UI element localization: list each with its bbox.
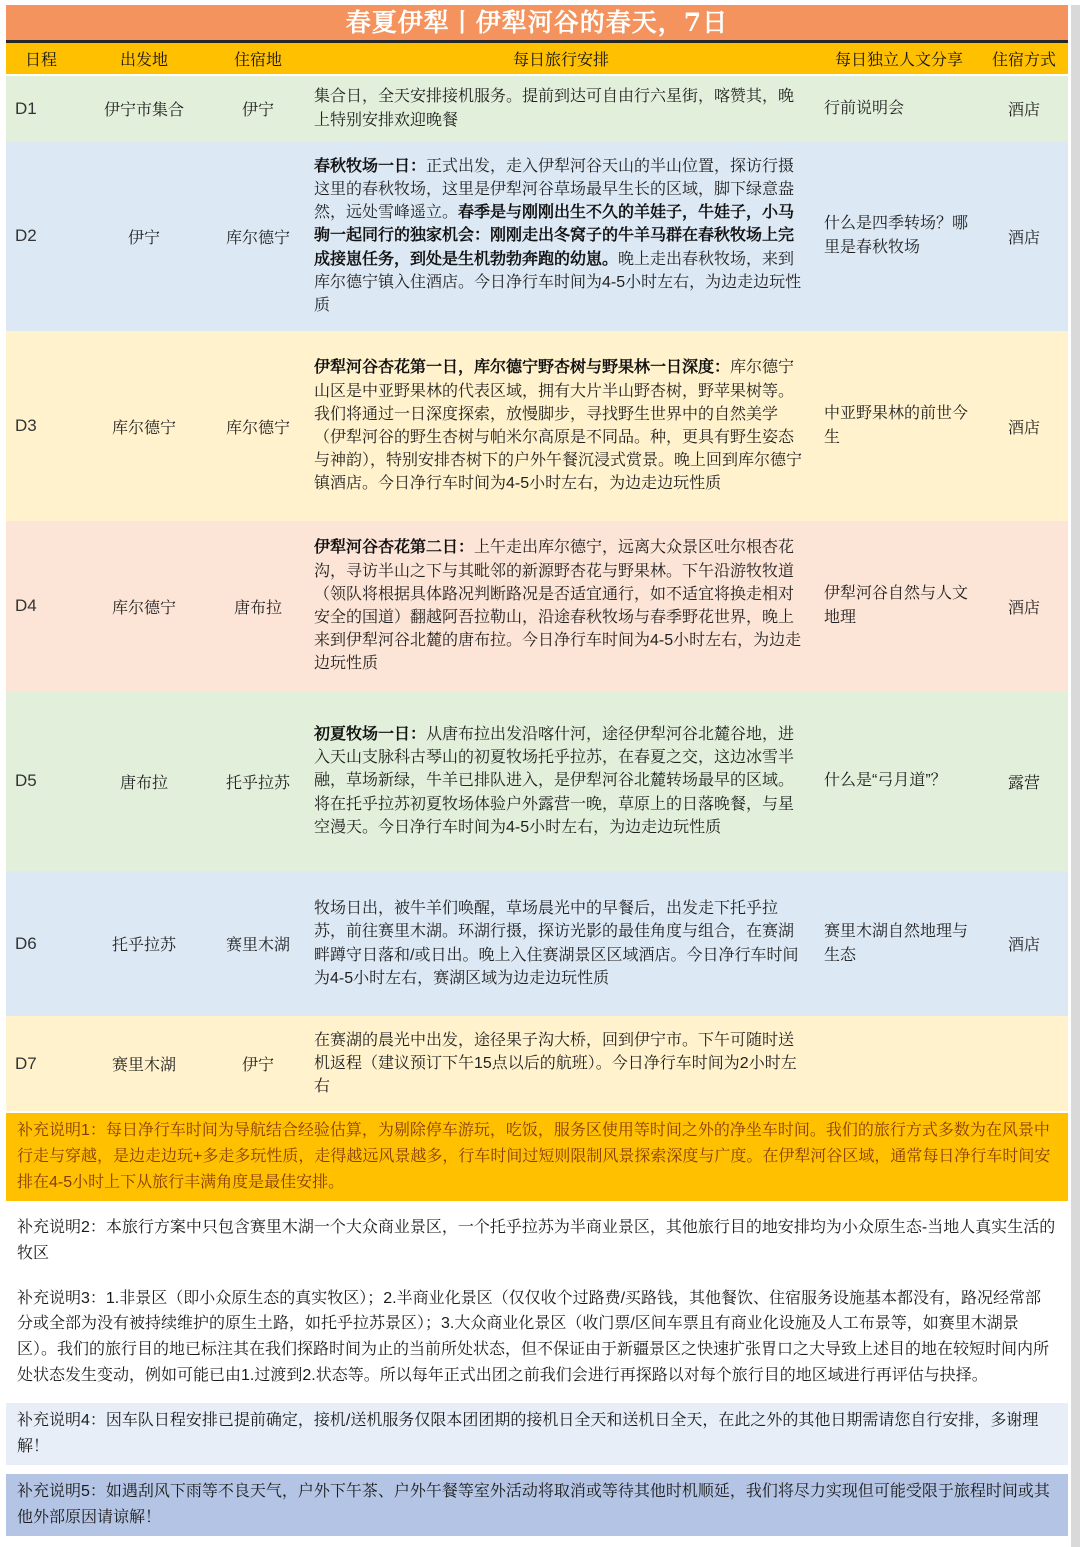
departure-cell: 唐布拉 [76,691,212,871]
col-header-day: 日程 [6,47,76,70]
lodging-cell: 酒店 [980,331,1068,521]
col-header-stay: 住宿地 [212,47,304,70]
departure-cell: 库尔德宁 [76,521,212,691]
plan-cell: 集合日，全天安排接机服务。提前到达可自由行六星街，喀赞其，晚上特别安排欢迎晚餐 [304,76,818,141]
itinerary-row-D6: D6托乎拉苏赛里木湖牧场日出，被牛羊们唤醒，草场晨光中的早餐后，出发走下托乎拉苏… [6,871,1068,1016]
plan-text: 牧场日出，被牛羊们唤醒，草场晨光中的早餐后，出发走下托乎拉苏，前往赛里木湖。环湖… [314,897,808,990]
plan-text: 集合日，全天安排接机服务。提前到达可自由行六星街，喀赞其，晚上特别安排欢迎晚餐 [314,85,808,131]
stay-cell: 伊宁 [212,76,304,141]
table-header-row: 日程 出发地 住宿地 每日旅行安排 每日独立人文分享 住宿方式 [6,43,1068,76]
departure-cell: 伊宁市集合 [76,76,212,141]
departure-cell: 库尔德宁 [76,331,212,521]
day-cell: D6 [6,871,76,1016]
day-cell: D7 [6,1016,76,1111]
supplement-note-5: 补充说明5：如遇刮风下雨等不良天气，户外下午茶、户外午餐等室外活动将取消或等待其… [6,1474,1068,1536]
plan-cell: 在赛湖的晨光中出发，途径果子沟大桥，回到伊宁市。下午可随时送机返程（建议预订下午… [304,1016,818,1111]
lodging-cell: 酒店 [980,871,1068,1016]
stay-cell: 赛里木湖 [212,871,304,1016]
supplement-notes: 补充说明1：每日净行车时间为导航结合经验估算，为剔除停车游玩，吃饭，服务区使用等… [6,1113,1068,1547]
supplement-note-4: 补充说明4：因车队日程安排已提前确定，接机/送机服务仅限本团团期的接机日全天和送… [6,1403,1068,1465]
col-header-plan: 每日旅行安排 [304,47,818,70]
stay-cell: 库尔德宁 [212,141,304,331]
day-cell: D4 [6,521,76,691]
note-label: 补充说明1： [17,1122,106,1139]
note-text: 每日净行车时间为导航结合经验估算，为剔除停车游玩，吃饭，服务区使用等时间之外的净… [17,1122,1050,1191]
note-label: 补充说明4： [17,1412,106,1429]
share-cell: 什么是四季转场？哪里是春秋牧场 [818,141,980,331]
col-header-lodging: 住宿方式 [980,47,1068,70]
supplement-note-1: 补充说明1：每日净行车时间为导航结合经验估算，为剔除停车游玩，吃饭，服务区使用等… [6,1113,1068,1201]
note-text: 1.非景区（即小众原生态的真实牧区）；2.半商业化景区（仅仅收个过路费/买路钱，… [17,1290,1049,1385]
share-cell: 行前说明会 [818,76,980,141]
note-text: 如遇刮风下雨等不良天气，户外下午茶、户外午餐等室外活动将取消或等待其他时机顺延，… [17,1483,1050,1526]
col-header-departure: 出发地 [76,47,212,70]
day-cell: D5 [6,691,76,871]
day-cell: D2 [6,141,76,331]
stay-cell: 伊宁 [212,1016,304,1111]
plan-text: 伊犁河谷杏花第二日：上午走出库尔德宁，远离大众景区吐尔根杏花沟，寻访半山之下与其… [314,536,808,675]
lodging-cell: 酒店 [980,76,1068,141]
plan-cell: 初夏牧场一日：从唐布拉出发沿喀什河，途径伊犁河谷北麓谷地，进入天山支脉科古琴山的… [304,691,818,871]
itinerary-row-D4: D4库尔德宁唐布拉伊犁河谷杏花第二日：上午走出库尔德宁，远离大众景区吐尔根杏花沟… [6,521,1068,691]
share-cell [818,1016,980,1111]
share-cell: 中亚野果林的前世今生 [818,331,980,521]
plan-cell: 伊犁河谷杏花第一日，库尔德宁野杏树与野果林一日深度：库尔德宁山区是中亚野果林的代… [304,331,818,521]
note-label: 补充说明3： [17,1290,106,1307]
lodging-cell: 酒店 [980,521,1068,691]
departure-cell: 伊宁 [76,141,212,331]
plan-cell: 牧场日出，被牛羊们唤醒，草场晨光中的早餐后，出发走下托乎拉苏，前往赛里木湖。环湖… [304,871,818,1016]
itinerary-row-D1: D1伊宁市集合伊宁集合日，全天安排接机服务。提前到达可自由行六星街，喀赞其，晚上… [6,76,1068,141]
stay-cell: 托乎拉苏 [212,691,304,871]
page-title: 春夏伊犁丨伊犁河谷的春天，7日 [6,5,1068,43]
page-right-margin [1071,5,1080,1547]
day-cell: D1 [6,76,76,141]
col-header-share: 每日独立人文分享 [818,47,980,70]
share-cell: 什么是“弓月道”？ [818,691,980,871]
day-cell: D3 [6,331,76,521]
lodging-cell [980,1016,1068,1111]
lodging-cell: 露营 [980,691,1068,871]
plan-text: 在赛湖的晨光中出发，途径果子沟大桥，回到伊宁市。下午可随时送机返程（建议预订下午… [314,1029,808,1099]
departure-cell: 托乎拉苏 [76,871,212,1016]
share-cell: 伊犁河谷自然与人文地理 [818,521,980,691]
plan-cell: 春秋牧场一日：正式出发，走入伊犁河谷天山的半山位置，探访行摄这里的春秋牧场，这里… [304,141,818,331]
stay-cell: 库尔德宁 [212,331,304,521]
note-text: 本旅行方案中只包含赛里木湖一个大众商业景区，一个托乎拉苏为半商业景区，其他旅行目… [17,1219,1055,1262]
stay-cell: 唐布拉 [212,521,304,691]
supplement-note-2: 补充说明2：本旅行方案中只包含赛里木湖一个大众商业景区，一个托乎拉苏为半商业景区… [6,1210,1068,1272]
departure-cell: 赛里木湖 [76,1016,212,1111]
plan-cell: 伊犁河谷杏花第二日：上午走出库尔德宁，远离大众景区吐尔根杏花沟，寻访半山之下与其… [304,521,818,691]
itinerary-row-D2: D2伊宁库尔德宁春秋牧场一日：正式出发，走入伊犁河谷天山的半山位置，探访行摄这里… [6,141,1068,331]
note-label: 补充说明5： [17,1483,106,1500]
itinerary-sheet: 春夏伊犁丨伊犁河谷的春天，7日 日程 出发地 住宿地 每日旅行安排 每日独立人文… [6,5,1068,1547]
itinerary-row-D7: D7赛里木湖伊宁在赛湖的晨光中出发，途径果子沟大桥，回到伊宁市。下午可随时送机返… [6,1016,1068,1111]
share-cell: 赛里木湖自然地理与生态 [818,871,980,1016]
supplement-note-3: 补充说明3：1.非景区（即小众原生态的真实牧区）；2.半商业化景区（仅仅收个过路… [6,1281,1068,1395]
plan-text: 春秋牧场一日：正式出发，走入伊犁河谷天山的半山位置，探访行摄这里的春秋牧场，这里… [314,155,808,317]
itinerary-body: D1伊宁市集合伊宁集合日，全天安排接机服务。提前到达可自由行六星街，喀赞其，晚上… [6,76,1068,1111]
note-label: 补充说明2： [17,1219,106,1236]
note-text: 因车队日程安排已提前确定，接机/送机服务仅限本团团期的接机日全天和送机日全天，在… [17,1412,1038,1455]
itinerary-row-D5: D5唐布拉托乎拉苏初夏牧场一日：从唐布拉出发沿喀什河，途径伊犁河谷北麓谷地，进入… [6,691,1068,871]
plan-text: 伊犁河谷杏花第一日，库尔德宁野杏树与野果林一日深度：库尔德宁山区是中亚野果林的代… [314,356,808,495]
plan-text: 初夏牧场一日：从唐布拉出发沿喀什河，途径伊犁河谷北麓谷地，进入天山支脉科古琴山的… [314,723,808,839]
itinerary-row-D3: D3库尔德宁库尔德宁伊犁河谷杏花第一日，库尔德宁野杏树与野果林一日深度：库尔德宁… [6,331,1068,521]
lodging-cell: 酒店 [980,141,1068,331]
